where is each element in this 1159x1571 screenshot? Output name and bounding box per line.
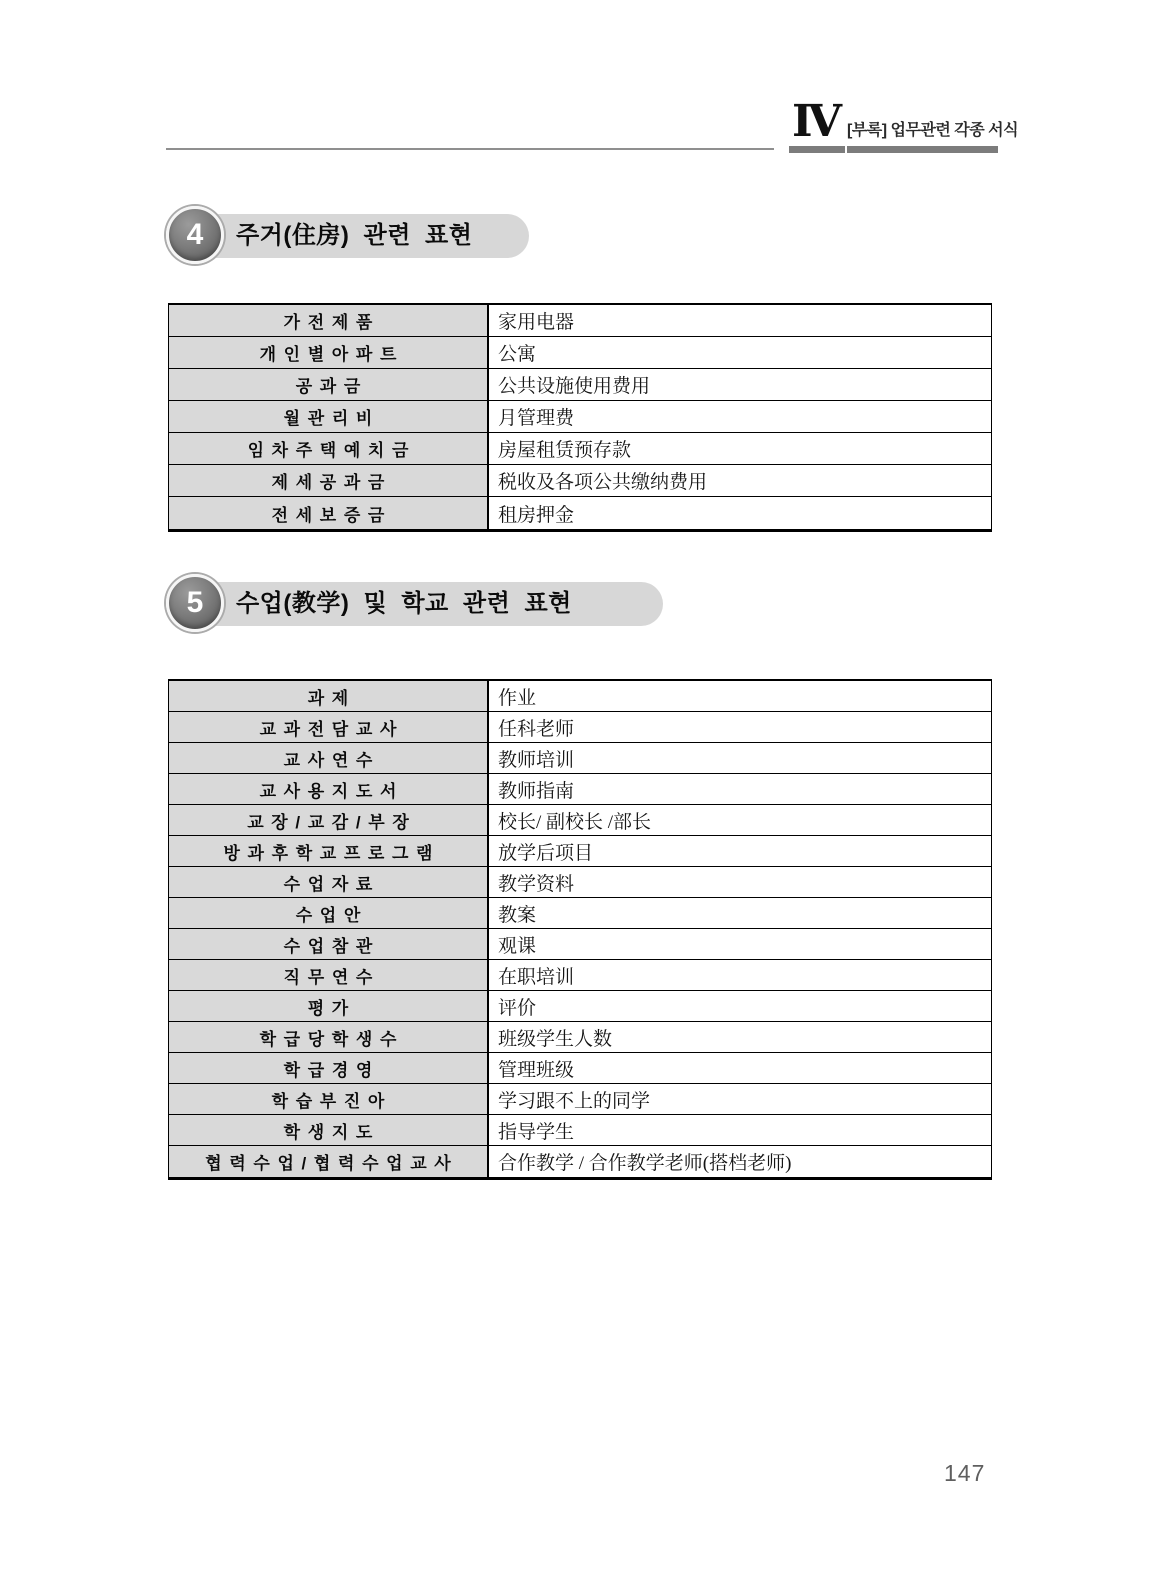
table-row: 평가评价 — [169, 991, 991, 1022]
korean-term-cell: 가전제품 — [169, 305, 489, 336]
korean-term-cell: 교사연수 — [169, 743, 489, 773]
chinese-translation-cell: 校长/ 副校长 /部长 — [489, 805, 991, 835]
chinese-translation-cell: 合作教学 / 合作教学老师(搭档老师) — [489, 1146, 991, 1177]
korean-term-cell: 학생지도 — [169, 1115, 489, 1145]
chinese-translation-cell: 在职培训 — [489, 960, 991, 990]
section-number-badge: 4 — [166, 206, 224, 264]
table-row: 수업참관观课 — [169, 929, 991, 960]
chinese-translation-cell: 月管理费 — [489, 401, 991, 432]
chinese-translation-cell: 教师指南 — [489, 774, 991, 804]
chinese-translation-cell: 教案 — [489, 898, 991, 928]
korean-term-cell: 교사용지도서 — [169, 774, 489, 804]
table-row: 수업자료教学资料 — [169, 867, 991, 898]
table-row: 학급경영管理班级 — [169, 1053, 991, 1084]
table-row: 교과전담교사任科老师 — [169, 712, 991, 743]
chinese-translation-cell: 指导学生 — [489, 1115, 991, 1145]
chinese-translation-cell: 管理班级 — [489, 1053, 991, 1083]
table-row: 방과후학교프로그램放学后项目 — [169, 836, 991, 867]
chinese-translation-cell: 任科老师 — [489, 712, 991, 742]
korean-term-cell: 수업안 — [169, 898, 489, 928]
document-page: Ⅳ [부록] 업무관련 각종 서식 주거(住房) 관련 표현 4 가전제품家用电… — [0, 0, 1159, 1571]
chinese-translation-cell: 教师培训 — [489, 743, 991, 773]
table-row: 교사연수教师培训 — [169, 743, 991, 774]
table-row: 제세공과금税收及各项公共缴纳费用 — [169, 465, 991, 497]
korean-term-cell: 제세공과금 — [169, 465, 489, 496]
table-row: 교사용지도서教师指南 — [169, 774, 991, 805]
korean-term-cell: 협력수업/협력수업교사 — [169, 1146, 489, 1177]
chinese-translation-cell: 公寓 — [489, 337, 991, 368]
chinese-translation-cell: 作业 — [489, 681, 991, 711]
korean-term-cell: 과제 — [169, 681, 489, 711]
table-row: 과제作业 — [169, 681, 991, 712]
section-number-badge: 5 — [166, 574, 224, 632]
korean-term-cell: 수업자료 — [169, 867, 489, 897]
chinese-translation-cell: 观课 — [489, 929, 991, 959]
running-header-label: [부록] 업무관련 각종 서식 — [847, 117, 1017, 140]
chinese-translation-cell: 家用电器 — [489, 305, 991, 336]
korean-term-cell: 학급경영 — [169, 1053, 489, 1083]
table-row: 임차주택예치금房屋租赁预存款 — [169, 433, 991, 465]
page-number: 147 — [944, 1460, 985, 1487]
table-row: 가전제품家用电器 — [169, 305, 991, 337]
school-terms-table: 과제作业교과전담교사任科老师교사연수教师培训교사용지도서教师指南교장/교감/부장… — [168, 679, 992, 1180]
table-row: 협력수업/협력수업교사合作教学 / 合作教学老师(搭档老师) — [169, 1146, 991, 1177]
running-header-underline — [847, 146, 998, 153]
table-row: 학급당학생수班级学生人数 — [169, 1022, 991, 1053]
table-row: 월관리비月管理费 — [169, 401, 991, 433]
korean-term-cell: 수업참관 — [169, 929, 489, 959]
chinese-translation-cell: 班级学生人数 — [489, 1022, 991, 1052]
chinese-translation-cell: 评价 — [489, 991, 991, 1021]
chinese-translation-cell: 租房押金 — [489, 497, 991, 529]
chinese-translation-cell: 公共设施使用费用 — [489, 369, 991, 400]
korean-term-cell: 공과금 — [169, 369, 489, 400]
table-row: 수업안教案 — [169, 898, 991, 929]
chapter-numeral: Ⅳ — [788, 98, 846, 146]
korean-term-cell: 학급당학생수 — [169, 1022, 489, 1052]
table-row: 직무연수在职培训 — [169, 960, 991, 991]
chinese-translation-cell: 房屋租赁预存款 — [489, 433, 991, 464]
table-row: 학습부진아学习跟不上的同学 — [169, 1084, 991, 1115]
korean-term-cell: 직무연수 — [169, 960, 489, 990]
korean-term-cell: 월관리비 — [169, 401, 489, 432]
section-title: 수업(教学) 및 학교 관련 표현 — [236, 582, 572, 626]
korean-term-cell: 학습부진아 — [169, 1084, 489, 1114]
chinese-translation-cell: 学习跟不上的同学 — [489, 1084, 991, 1114]
korean-term-cell: 평가 — [169, 991, 489, 1021]
chinese-translation-cell: 教学资料 — [489, 867, 991, 897]
table-row: 전세보증금租房押金 — [169, 497, 991, 529]
chapter-numeral-underline — [789, 146, 845, 153]
korean-term-cell: 교장/교감/부장 — [169, 805, 489, 835]
housing-terms-table: 가전제품家用电器개인별아파트公寓공과금公共设施使用费用월관리비月管理费임차주택예… — [168, 303, 992, 532]
korean-term-cell: 임차주택예치금 — [169, 433, 489, 464]
table-row: 공과금公共设施使用费用 — [169, 369, 991, 401]
table-row: 개인별아파트公寓 — [169, 337, 991, 369]
section-title: 주거(住房) 관련 표현 — [236, 214, 472, 258]
table-row: 학생지도指导学生 — [169, 1115, 991, 1146]
korean-term-cell: 개인별아파트 — [169, 337, 489, 368]
header-rule — [166, 148, 774, 150]
chinese-translation-cell: 税收及各项公共缴纳费用 — [489, 465, 991, 496]
table-row: 교장/교감/부장校长/ 副校长 /部长 — [169, 805, 991, 836]
chinese-translation-cell: 放学后项目 — [489, 836, 991, 866]
korean-term-cell: 방과후학교프로그램 — [169, 836, 489, 866]
korean-term-cell: 교과전담교사 — [169, 712, 489, 742]
korean-term-cell: 전세보증금 — [169, 497, 489, 529]
